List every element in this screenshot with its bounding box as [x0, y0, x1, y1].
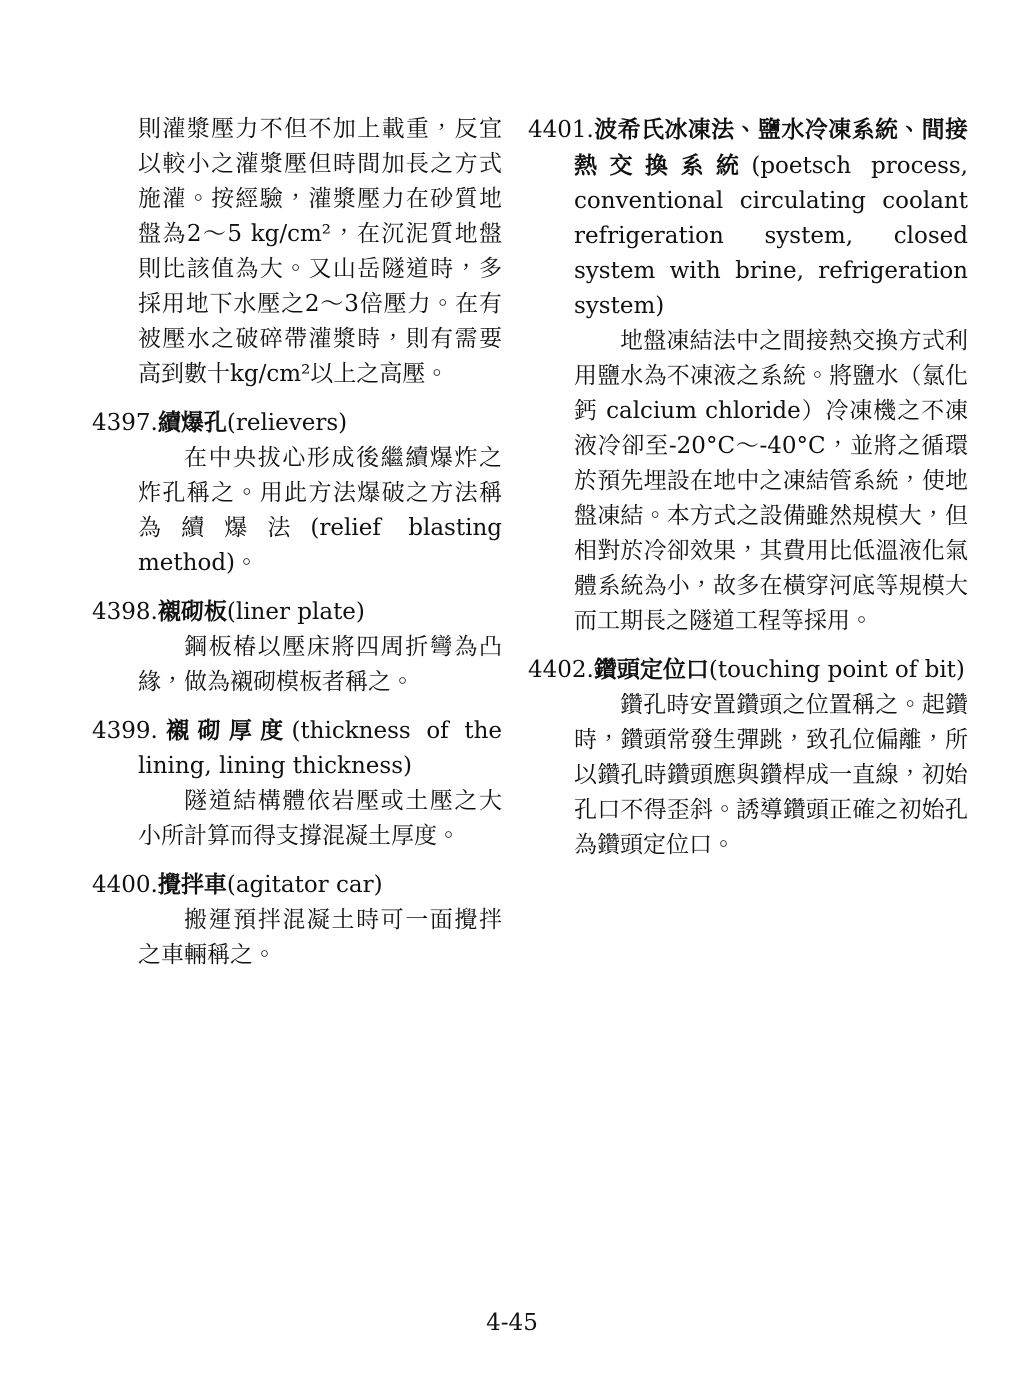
- two-column-text-area: 則灌漿壓力不但不加上載重，反宜以較小之灌漿壓但時間加長之方式施灌。按經驗，灌漿壓…: [0, 0, 1024, 973]
- entry-number: 4402.: [528, 657, 594, 683]
- entry-term: 襯砌厚度: [158, 717, 292, 744]
- entry-term: 續爆孔: [158, 409, 227, 436]
- entry-heading: 4401.波希氏冰凍法、鹽水冷凍系統、間接熱交換系統(poetsch proce…: [528, 112, 968, 324]
- entry-heading: 4399.襯砌厚度(thickness of the lining, linin…: [92, 713, 502, 784]
- entry-number: 4398.: [92, 599, 158, 625]
- entry-4400: 4400.攪拌車(agitator car) 搬運預拌混凝土時可一面攪拌之車輛稱…: [92, 867, 502, 973]
- entry-heading: 4397.續爆孔(relievers): [92, 405, 502, 441]
- entry-number: 4399.: [92, 718, 158, 744]
- entry-english-gloss: (touching point of bit): [709, 657, 965, 683]
- entry-term: 襯砌板: [158, 598, 227, 625]
- entry-term: 攪拌車: [158, 871, 227, 898]
- entry-heading: 4402.鑽頭定位口(touching point of bit): [528, 652, 968, 688]
- entry-number: 4397.: [92, 410, 158, 436]
- entry-number: 4401.: [528, 117, 594, 143]
- entry-4397: 4397.續爆孔(relievers) 在中央拔心形成後繼續爆炸之炸孔稱之。用此…: [92, 405, 502, 581]
- entry-english-gloss: (agitator car): [227, 872, 383, 898]
- entry-4399: 4399.襯砌厚度(thickness of the lining, linin…: [92, 713, 502, 854]
- entry-definition: 在中央拔心形成後繼續爆炸之炸孔稱之。用此方法爆破之方法稱為續爆法(relief …: [92, 441, 502, 581]
- entry-4402: 4402.鑽頭定位口(touching point of bit) 鑽孔時安置鑽…: [528, 652, 968, 863]
- entry-heading: 4398.襯砌板(liner plate): [92, 594, 502, 630]
- entry-english-gloss: (liner plate): [227, 599, 365, 625]
- right-column: 4401.波希氏冰凍法、鹽水冷凍系統、間接熱交換系統(poetsch proce…: [528, 112, 968, 973]
- document-page: 則灌漿壓力不但不加上載重，反宜以較小之灌漿壓但時間加長之方式施灌。按經驗，灌漿壓…: [0, 0, 1024, 1400]
- entry-definition: 地盤凍結法中之間接熱交換方式利用鹽水為不凍液之系統。將鹽水（氯化鈣 calciu…: [528, 324, 968, 639]
- entry-definition: 鑽孔時安置鑽頭之位置稱之。起鑽時，鑽頭常發生彈跳，致孔位偏離，所以鑽孔時鑽頭應與…: [528, 688, 968, 863]
- entry-definition: 鋼板椿以壓床將四周折彎為凸緣，做為襯砌模板者稱之。: [92, 630, 502, 700]
- entry-english-gloss: (relievers): [227, 410, 347, 436]
- entry-4398: 4398.襯砌板(liner plate) 鋼板椿以壓床將四周折彎為凸緣，做為襯…: [92, 594, 502, 700]
- entry-definition: 搬運預拌混凝土時可一面攪拌之車輛稱之。: [92, 903, 502, 973]
- entry-4401: 4401.波希氏冰凍法、鹽水冷凍系統、間接熱交換系統(poetsch proce…: [528, 112, 968, 639]
- page-number: 4-45: [486, 1310, 538, 1336]
- entry-number: 4400.: [92, 872, 158, 898]
- entry-term: 鑽頭定位口: [594, 656, 709, 683]
- entry-definition: 隧道結構體依岩壓或土壓之大小所計算而得支撐混凝土厚度。: [92, 784, 502, 854]
- page-footer: 4-45: [0, 1310, 1024, 1336]
- left-column: 則灌漿壓力不但不加上載重，反宜以較小之灌漿壓但時間加長之方式施灌。按經驗，灌漿壓…: [92, 112, 502, 973]
- entry-heading: 4400.攪拌車(agitator car): [92, 867, 502, 903]
- continuation-paragraph: 則灌漿壓力不但不加上載重，反宜以較小之灌漿壓但時間加長之方式施灌。按經驗，灌漿壓…: [92, 112, 502, 392]
